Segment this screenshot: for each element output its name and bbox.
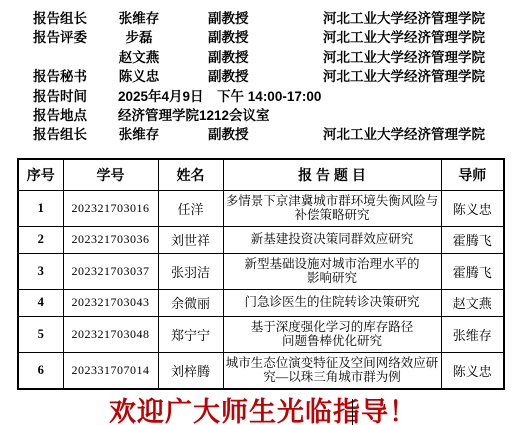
cell-seq-no: 4 [18, 289, 63, 316]
info-row-org: 河北工业大学经济管理学院 [323, 48, 485, 67]
info-row-title: 副教授 [208, 125, 268, 144]
header-row: 序号学号姓名报 告 题 目导师 [18, 159, 504, 191]
info-row-label [33, 48, 103, 67]
table-row: 5 202321703048 郑宁宁 基于深度强化学习的库存路径 问题鲁棒优化研… [18, 316, 504, 352]
text-cursor [352, 399, 353, 425]
cell-mentor: 张维存 [441, 316, 504, 352]
info-row-label: 报告评委 [33, 28, 103, 47]
cell-student-id: 202321703037 [63, 253, 158, 289]
info-row-name: 经济管理学院1212会议室 [103, 106, 270, 125]
info-row-name: 步磊 [103, 28, 175, 47]
info-row: 赵文燕 副教授 河北工业大学经济管理学院 [33, 48, 526, 67]
info-row-org: 河北工业大学经济管理学院 [323, 28, 485, 47]
info-row-title: 副教授 [208, 9, 268, 28]
cell-topic: 城市生态位演变特征及空间网络效应研 究—以珠三角城市群为例 [223, 352, 441, 389]
info-row-title: 副教授 [208, 67, 268, 86]
info-row-label: 报告秘书 [33, 67, 103, 86]
cell-student-id: 202321703016 [63, 190, 158, 226]
info-row-name: 陈义忠 [103, 67, 175, 86]
column-header: 姓名 [158, 159, 223, 191]
table-head: 序号学号姓名报 告 题 目导师 [18, 159, 504, 191]
table-body: 1 202321703016 任洋 多情景下京津冀城市群环境失衡风险与 补偿策略… [18, 190, 504, 389]
cell-student-id: 202321703036 [63, 226, 158, 253]
info-row-label: 报告时间 [33, 87, 103, 106]
cell-name: 刘世祥 [158, 226, 223, 253]
info-row-title: 副教授 [208, 48, 268, 67]
info-row-label: 报告组长 [33, 9, 103, 28]
info-row-label: 报告组长 [33, 125, 103, 144]
cell-mentor: 陈义忠 [441, 352, 504, 389]
cell-student-id: 202321703043 [63, 289, 158, 316]
info-row-org: 河北工业大学经济管理学院 [323, 67, 485, 86]
cell-name: 余微丽 [158, 289, 223, 316]
cell-student-id: 202331707014 [63, 352, 158, 389]
cell-topic: 新型基础设施对城市治理水平的 影响研究 [223, 253, 441, 289]
info-row-org: 河北工业大学经济管理学院 [323, 125, 485, 144]
info-row-label: 报告地点 [33, 106, 103, 125]
cell-name: 刘梓腾 [158, 352, 223, 389]
table-row: 6 202331707014 刘梓腾 城市生态位演变特征及空间网络效应研 究—以… [18, 352, 504, 389]
cell-mentor: 霍腾飞 [441, 226, 504, 253]
cell-topic: 门急诊医生的住院转诊决策研究 [223, 289, 441, 316]
schedule-table: 序号学号姓名报 告 题 目导师 1 202321703016 任洋 多情景下京津… [17, 158, 505, 390]
info-row: 报告秘书 陈义忠 副教授 河北工业大学经济管理学院 [33, 67, 526, 86]
info-row-org: 河北工业大学经济管理学院 [323, 9, 485, 28]
cell-topic: 多情景下京津冀城市群环境失衡风险与 补偿策略研究 [223, 190, 441, 226]
cell-mentor: 赵文燕 [441, 289, 504, 316]
info-row-name: 赵文燕 [103, 48, 175, 67]
info-row-title: 副教授 [208, 28, 268, 47]
column-header: 导师 [441, 159, 504, 191]
cell-seq-no: 5 [18, 316, 63, 352]
cell-topic: 新基建投资决策同群效应研究 [223, 226, 441, 253]
cell-name: 郑宁宁 [158, 316, 223, 352]
info-row-name: 张维存 [103, 125, 175, 144]
cell-mentor: 陈义忠 [441, 190, 504, 226]
info-section: 报告组长 张维存 副教授 河北工业大学经济管理学院 报告评委 步磊 副教授 河北… [0, 0, 526, 145]
table-row: 3 202321703037 张羽洁 新型基础设施对城市治理水平的 影响研究 霍… [18, 253, 504, 289]
document-page: 报告组长 张维存 副教授 河北工业大学经济管理学院 报告评委 步磊 副教授 河北… [0, 0, 526, 425]
info-row: 报告评委 步磊 副教授 河北工业大学经济管理学院 [33, 28, 526, 47]
info-row: 报告组长 张维存 副教授 河北工业大学经济管理学院 [33, 9, 526, 28]
cell-student-id: 202321703048 [63, 316, 158, 352]
column-header: 报 告 题 目 [223, 159, 441, 191]
column-header: 序号 [18, 159, 63, 191]
cell-name: 张羽洁 [158, 253, 223, 289]
cell-topic: 基于深度强化学习的库存路径 问题鲁棒优化研究 [223, 316, 441, 352]
info-row-name: 张维存 [103, 9, 175, 28]
column-header: 学号 [63, 159, 158, 191]
welcome-text: 欢迎广大师生光临指导！ [109, 397, 417, 425]
cell-mentor: 霍腾飞 [441, 253, 504, 289]
cell-name: 任洋 [158, 190, 223, 226]
table-row: 2 202321703036 刘世祥 新基建投资决策同群效应研究 霍腾飞 [18, 226, 504, 253]
cell-seq-no: 6 [18, 352, 63, 389]
info-row: 报告时间 2025年4月9日 下午 14:00-17:00 [33, 87, 526, 106]
info-row: 报告地点 经济管理学院1212会议室 [33, 106, 526, 125]
info-row: 报告组长 张维存 副教授 河北工业大学经济管理学院 [33, 125, 526, 144]
cell-seq-no: 1 [18, 190, 63, 226]
cell-seq-no: 2 [18, 226, 63, 253]
welcome-banner: 欢迎广大师生光临指导！ [0, 396, 526, 425]
table-row: 1 202321703016 任洋 多情景下京津冀城市群环境失衡风险与 补偿策略… [18, 190, 504, 226]
info-row-name: 2025年4月9日 下午 14:00-17:00 [103, 87, 321, 106]
cell-seq-no: 3 [18, 253, 63, 289]
table-row: 4 202321703043 余微丽 门急诊医生的住院转诊决策研究 赵文燕 [18, 289, 504, 316]
